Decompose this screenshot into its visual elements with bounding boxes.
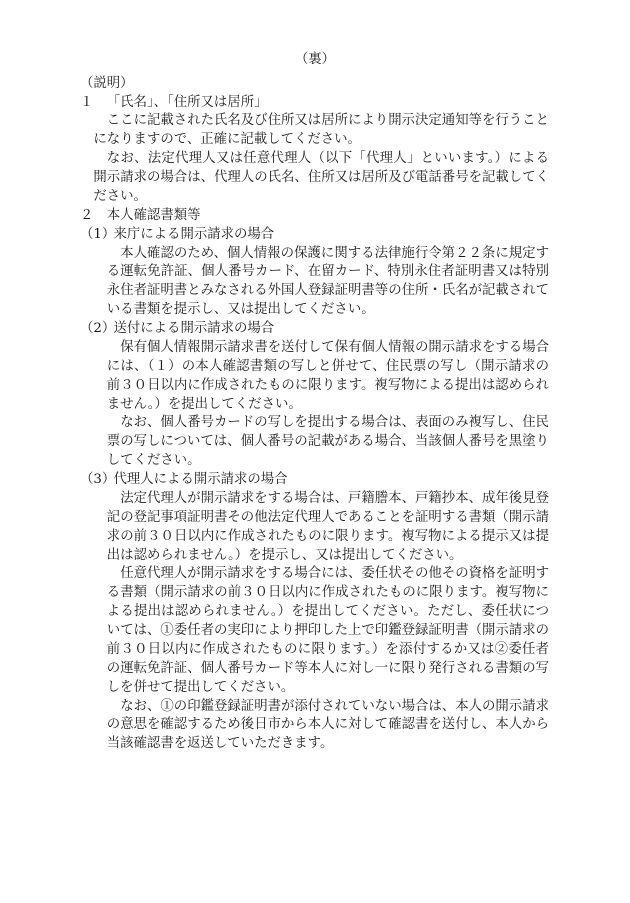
paragraph-line: よる提出は認められません。）を提出してください。ただし、委任状につ [80,603,549,622]
subsection-number: （2） [80,320,114,339]
paragraph-line: 開示請求の場合は、代理人の氏名、住所又は居所及び電話番号を記載してく [80,169,549,188]
paragraph-line: 本人確認のため、個人情報の保護に関する法律施行令第２２条に規定す [80,245,549,264]
section-number: １ [80,94,107,113]
paragraph-line: してください。 [80,452,549,471]
paragraph-line: しを併せて提出してください。 [80,679,549,698]
paragraph-line: なお、個人番号カードの写しを提出する場合は、表面のみ複写し、住民 [80,414,549,433]
document-page: （裏） （説明） １「氏名」、「住所又は居所」 ここに記載された氏名及び住所又は… [0,0,630,903]
paragraph-line: 任意代理人が開示請求をする場合には、委任状その他その資格を証明す [80,565,549,584]
section-title: 「氏名」、「住所又は居所」 [107,95,268,110]
paragraph-line: 出は認められません。）を提示し、又は提出してください。 [80,547,549,566]
paragraph-line: 法定代理人が開示請求をする場合は、戸籍謄本、戸籍抄本、成年後見登 [80,490,549,509]
paragraph-line: なお、法定代理人又は任意代理人（以下「代理人」といいます。）による [80,150,549,169]
paragraph-line: る運転免許証、個人番号カード、在留カード、特別永住者証明書又は特別 [80,263,549,282]
paragraph: なお、①の印鑑登録証明書が添付されていない場合は、本人の開示請求 の意思を確認す… [80,698,549,755]
section-identity-documents: ２本人確認書類等 （1）来庁による開示請求の場合 本人確認のため、個人情報の保護… [80,207,549,754]
paragraph-line: 前３０日以内に作成されたものに限ります。複写物による提出は認められ [80,377,549,396]
paragraph: 保有個人情報開示請求書を送付して保有個人情報の開示請求をする場合 には、（１）の… [80,339,549,415]
page-side-label: （裏） [0,51,630,70]
paragraph-line: には、（１）の本人確認書類の写しと併せて、住民票の写し（開示請求の [80,358,549,377]
paragraph-line: 永住者証明書とみなされる外国人登録証明書等の住所・氏名が記載されて [80,282,549,301]
subsection-mail-request: （2）送付による開示請求の場合 保有個人情報開示請求書を送付して保有個人情報の開… [80,320,549,471]
paragraph-line: いる書類を提示し、又は提出してください。 [80,301,549,320]
paragraph-line: 票の写しについては、個人番号の記載がある場合、当該個人番号を黒塗り [80,433,549,452]
subsection-in-person-request: （1）来庁による開示請求の場合 本人確認のため、個人情報の保護に関する法律施行令… [80,226,549,320]
paragraph-line: 保有個人情報開示請求書を送付して保有個人情報の開示請求をする場合 [80,339,549,358]
paragraph-line: 当該確認書を返送していただきます。 [80,735,549,754]
subsection-title: 送付による開示請求の場合 [114,321,275,336]
paragraph: なお、個人番号カードの写しを提出する場合は、表面のみ複写し、住民 票の写しについ… [80,414,549,471]
section-title: 本人確認書類等 [107,208,201,223]
paragraph-line: ださい。 [80,188,549,207]
paragraph-line: の意思を確認するため後日市から本人に対して確認書を送付し、本人から [80,716,549,735]
paragraph: 本人確認のため、個人情報の保護に関する法律施行令第２２条に規定す る運転免許証、… [80,245,549,321]
paragraph: ここに記載された氏名及び住所又は居所により開示決定通知等を行うこと になりますの… [80,112,549,150]
paragraph-line: いては、①委任者の実印により押印した上で印鑑登録証明書（開示請求の [80,622,549,641]
paragraph-line: る書類（開示請求の前３０日以内に作成されたものに限ります。複写物に [80,584,549,603]
paragraph: 任意代理人が開示請求をする場合には、委任状その他その資格を証明す る書類（開示請… [80,565,549,697]
section-name-address: １「氏名」、「住所又は居所」 ここに記載された氏名及び住所又は居所により開示決定… [80,94,549,207]
subsection-number: （1） [80,226,114,245]
paragraph-line: 求の前３０日以内に作成されたものに限ります。複写物による提示又は提 [80,528,549,547]
paragraph: なお、法定代理人又は任意代理人（以下「代理人」といいます。）による 開示請求の場… [80,150,549,207]
subsection-title: 代理人による開示請求の場合 [114,472,288,487]
explanation-heading: （説明） [80,75,549,94]
paragraph-line: ここに記載された氏名及び住所又は居所により開示決定通知等を行うこと [80,112,549,131]
paragraph-line: になりますので、正確に記載してください。 [80,131,549,150]
subsection-number: （3） [80,471,114,490]
subsection-agent-request: （3）代理人による開示請求の場合 法定代理人が開示請求をする場合は、戸籍謄本、戸… [80,471,549,754]
explanation-body: （説明） １「氏名」、「住所又は居所」 ここに記載された氏名及び住所又は居所によ… [80,75,549,755]
paragraph-line: ません。）を提出してください。 [80,396,549,415]
subsection-heading: （2）送付による開示請求の場合 [80,320,549,339]
section-heading: ２本人確認書類等 [80,207,549,226]
paragraph-line: 記の登記事項証明書その他法定代理人であることを証明する書類（開示請 [80,509,549,528]
subsection-heading: （3）代理人による開示請求の場合 [80,471,549,490]
section-heading: １「氏名」、「住所又は居所」 [80,94,549,113]
paragraph: 法定代理人が開示請求をする場合は、戸籍謄本、戸籍抄本、成年後見登 記の登記事項証… [80,490,549,566]
subsection-title: 来庁による開示請求の場合 [114,227,275,242]
section-number: ２ [80,207,107,226]
paragraph-line: の運転免許証、個人番号カード等本人に対し一に限り発行される書類の写 [80,660,549,679]
paragraph-line: 前３０日以内に作成されたものに限ります。）を添付するか又は②委任者 [80,641,549,660]
subsection-heading: （1）来庁による開示請求の場合 [80,226,549,245]
paragraph-line: なお、①の印鑑登録証明書が添付されていない場合は、本人の開示請求 [80,698,549,717]
